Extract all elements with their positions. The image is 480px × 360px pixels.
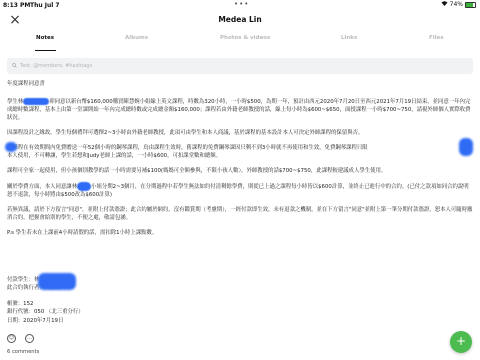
note-paragraph-2: 因課程設計之緣故，學生每個禮拜可選擇2~3小時由外籍老師教授，此項可由學生和本人…	[7, 129, 473, 137]
redaction-mark	[23, 98, 49, 105]
tab-albums[interactable]: Albums	[125, 35, 148, 41]
battery-icon	[465, 2, 476, 8]
tab-files[interactable]: Files	[429, 35, 444, 41]
account-line: 帳號：152	[7, 300, 84, 308]
note-paragraph-5: 關於學費方面，本人同意讓林小姐分期2~3個月，在分期過程中若學生無法如約付清剩餘…	[7, 182, 473, 199]
note-paragraph-6: 若無異議，請於下方留言"同意"，並附上付款憑證；此合約屬於網約，沒有鑑賞期（考慮…	[7, 206, 473, 222]
comment-icon[interactable]: …	[25, 334, 34, 343]
status-bar: 8:13 PM Thu Jul 7 ••• 74%	[0, 0, 480, 12]
multitask-dots[interactable]: •••	[234, 0, 249, 8]
tab-bar: Notes Albums Photos & videos Links Files	[0, 35, 480, 53]
tab-photos-videos[interactable]: Photos & videos	[220, 35, 270, 41]
page-title: Medea Lin	[0, 15, 480, 24]
redaction-mark	[38, 273, 76, 290]
status-date: Thu Jul 7	[30, 2, 60, 9]
note-actions: ☺ …	[7, 334, 34, 343]
search-bar[interactable]	[7, 58, 473, 74]
date-line: 日期：2020年7月19日	[7, 317, 84, 325]
note-paragraph-7: P.s 學生若未在上課前4小時請假的話，需扣除1小時上課點數。	[7, 229, 473, 237]
battery-percent: 74%	[450, 1, 463, 8]
status-time: 8:13 PM	[3, 2, 30, 9]
note-heading: 年度課程同意書	[7, 80, 473, 88]
tab-links[interactable]: Links	[341, 35, 357, 41]
note-paragraph-4: 課程可全家一起使用，但小孩個別教學的話一小時需要另補$100(媽媽可全額參與，不…	[7, 167, 473, 175]
comments-count[interactable]: 6 comments	[7, 349, 39, 355]
note-paragraph-1: 學生林卯同意以新台幣$160,000購買陳慧婉小姐線上英文課程，時數為320小時…	[7, 98, 473, 122]
add-note-button[interactable]: +	[450, 331, 472, 353]
active-tab-indicator	[35, 50, 56, 51]
redaction-mark	[5, 142, 17, 152]
search-icon	[12, 63, 17, 70]
bank-code-line: 銀行代號：050 （北三重分行）	[7, 308, 84, 316]
smiley-icon[interactable]: ☺	[7, 334, 16, 343]
redaction-mark	[459, 138, 473, 156]
note-paragraph-3: 此課程在有效期間內免費贈送一年52個小時的鋼琴課程，鳥由課程生效時，舊課程的免費…	[7, 144, 473, 160]
header: × Medea Lin	[0, 12, 480, 28]
wifi-icon	[441, 1, 448, 8]
note-body: 年度課程同意書 學生林卯同意以新台幣$160,000購買陳慧婉小姐線上英文課程，…	[7, 80, 473, 244]
tab-notes[interactable]: Notes	[36, 35, 54, 41]
search-input[interactable]	[20, 63, 420, 69]
redaction-mark	[77, 182, 91, 191]
status-right: 74%	[441, 1, 476, 8]
